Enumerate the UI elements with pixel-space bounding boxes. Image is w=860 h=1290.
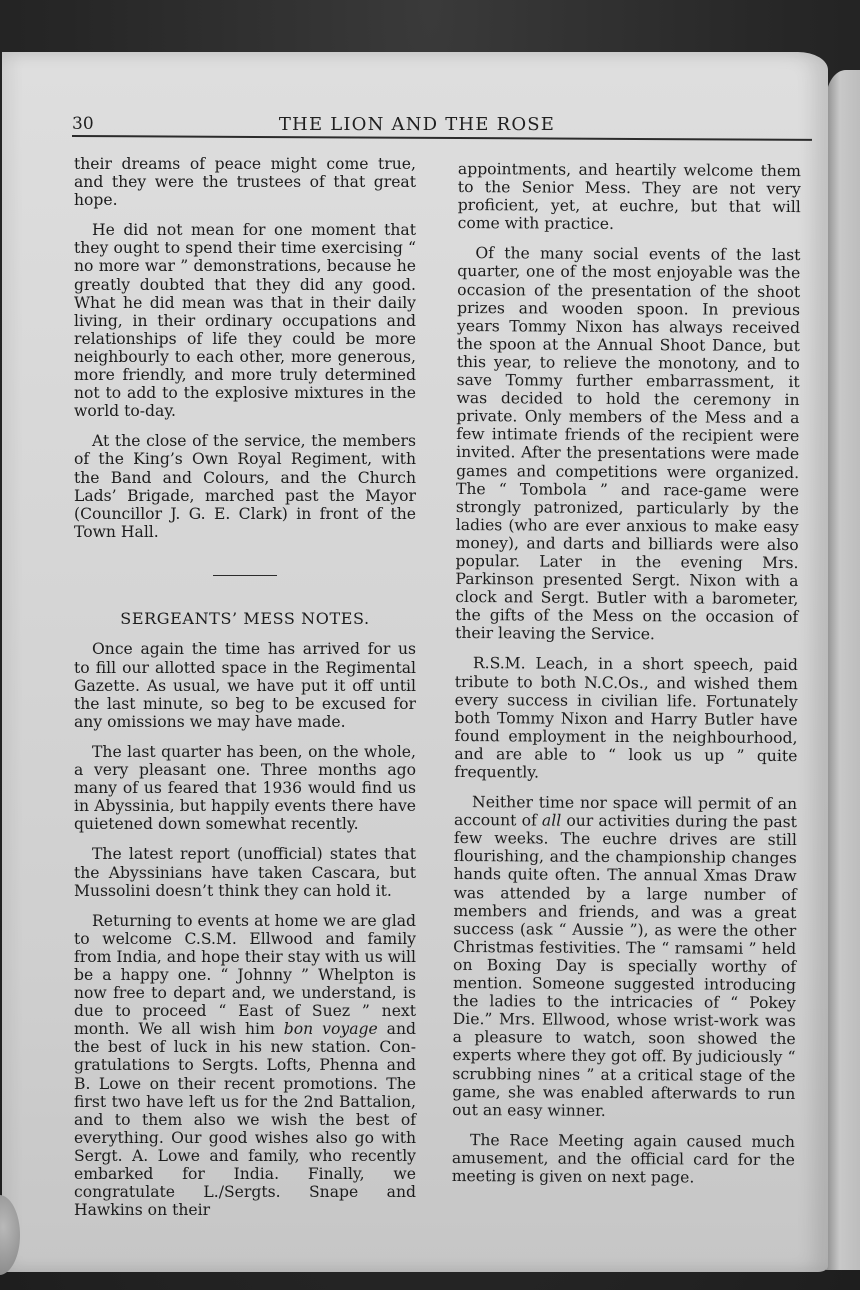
paragraph: The last quarter has been, on the whole,… <box>74 743 416 833</box>
text-run: our activities during the past few weeks… <box>452 812 797 1120</box>
paragraph: Returning to events at home we are glad … <box>74 912 416 1220</box>
paragraph: Of the many social events of the last qu… <box>455 244 800 644</box>
page-header: 30 THE LION AND THE ROSE <box>72 112 832 138</box>
right-column: appointments, and heartily welcome them … <box>452 160 801 1199</box>
paragraph: The latest report (unofficial) states th… <box>74 845 416 899</box>
italic-text: all <box>542 812 561 830</box>
running-title: THE LION AND THE ROSE <box>72 114 762 135</box>
paragraph: At the close of the service, the members… <box>74 432 416 541</box>
next-page-edge <box>826 70 860 1270</box>
section-divider <box>213 575 277 577</box>
paragraph: R.S.M. Leach, in a short speech, paid tr… <box>454 654 798 783</box>
paragraph: The Race Meeting again caused much amuse… <box>452 1131 795 1187</box>
italic-text: bon voyage <box>284 1020 378 1038</box>
left-column: their dreams of peace might come true, a… <box>74 155 416 1231</box>
paragraph: Once again the time has arrived for us t… <box>74 640 416 730</box>
text-run: and the best of luck in his new station.… <box>74 1020 416 1219</box>
paragraph: He did not mean for one moment that they… <box>74 221 416 420</box>
paragraph: appointments, and heartily welcome them … <box>458 160 801 234</box>
paragraph: Neither time nor space will permit of an… <box>452 793 797 1121</box>
section-heading: SERGEANTS’ MESS NOTES. <box>74 610 416 628</box>
paragraph: their dreams of peace might come true, a… <box>74 155 416 209</box>
